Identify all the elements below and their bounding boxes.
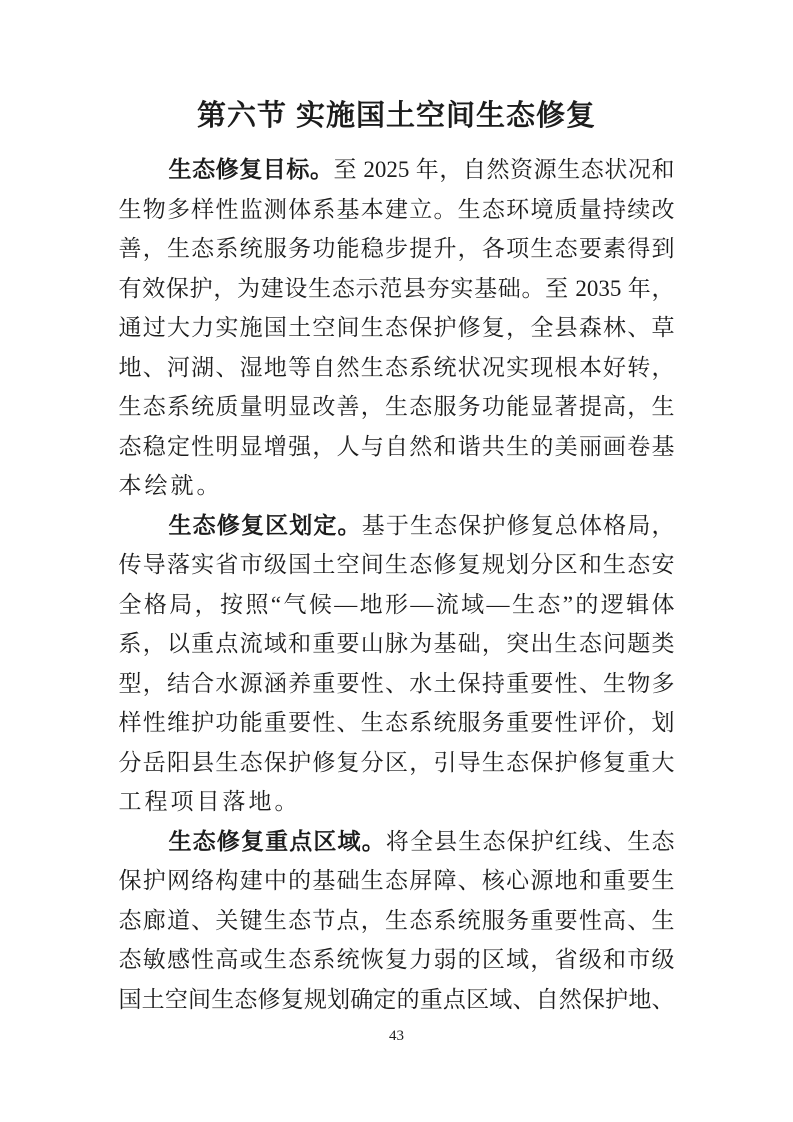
text-line: 传导落实省市级国土空间生态修复规划分区和生态安 [119, 545, 675, 585]
paragraph: 生态修复区划定。基于生态保护修复总体格局，传导落实省市级国土空间生态修复规划分区… [119, 506, 675, 822]
section-title: 第六节 实施国土空间生态修复 [0, 0, 793, 134]
text-line: 态敏感性高或生态系统恢复力弱的区域，省级和市级 [119, 940, 675, 980]
text-line: 地、河湖、湿地等自然生态系统状况实现根本好转， [119, 348, 675, 388]
paragraph: 生态修复重点区域。将全县生态保护红线、生态保护网络构建中的基础生态屏障、核心源地… [119, 822, 675, 1020]
document-page: 第六节 实施国土空间生态修复 生态修复目标。至 2025 年，自然资源生态状况和… [0, 0, 793, 1122]
text-line: 态稳定性明显增强，人与自然和谐共生的美丽画卷基 [119, 427, 675, 467]
text-line: 生态修复重点区域。将全县生态保护红线、生态 [119, 822, 675, 862]
text-line: 本绘就。 [119, 466, 675, 506]
text-line: 善，生态系统服务功能稳步提升，各项生态要素得到 [119, 229, 675, 269]
text-line: 通过大力实施国土空间生态保护修复，全县森林、草 [119, 308, 675, 348]
paragraph-lead-bold: 生态修复重点区域。 [169, 828, 386, 854]
text-line: 生态系统质量明显改善，生态服务功能显著提高，生 [119, 387, 675, 427]
text-line: 全格局，按照“气候—地形—流域—生态”的逻辑体 [119, 585, 675, 625]
text-line: 国土空间生态修复规划确定的重点区域、自然保护地、 [119, 980, 675, 1020]
text-line: 保护网络构建中的基础生态屏障、核心源地和重要生 [119, 861, 675, 901]
paragraph: 生态修复目标。至 2025 年，自然资源生态状况和生物多样性监测体系基本建立。生… [119, 150, 675, 506]
text-line: 型，结合水源涵养重要性、水土保持重要性、生物多 [119, 664, 675, 704]
text-line: 有效保护，为建设生态示范县夯实基础。至 2035 年， [119, 269, 675, 309]
text-line: 工程项目落地。 [119, 782, 675, 822]
text-line: 分岳阳县生态保护修复分区，引导生态保护修复重大 [119, 743, 675, 783]
paragraph-lead-bold: 生态修复区划定。 [169, 512, 362, 538]
text-line: 生态修复目标。至 2025 年，自然资源生态状况和 [119, 150, 675, 190]
page-number: 43 [0, 1028, 793, 1045]
text-line: 生态修复区划定。基于生态保护修复总体格局， [119, 506, 675, 546]
text-line: 生物多样性监测体系基本建立。生态环境质量持续改 [119, 190, 675, 230]
text-line: 态廊道、关键生态节点，生态系统服务重要性高、生 [119, 901, 675, 941]
document-body: 生态修复目标。至 2025 年，自然资源生态状况和生物多样性监测体系基本建立。生… [119, 150, 675, 1019]
text-line: 系，以重点流域和重要山脉为基础，突出生态问题类 [119, 624, 675, 664]
paragraph-lead-bold: 生态修复目标。 [169, 156, 334, 182]
text-line: 样性维护功能重要性、生态系统服务重要性评价，划 [119, 703, 675, 743]
